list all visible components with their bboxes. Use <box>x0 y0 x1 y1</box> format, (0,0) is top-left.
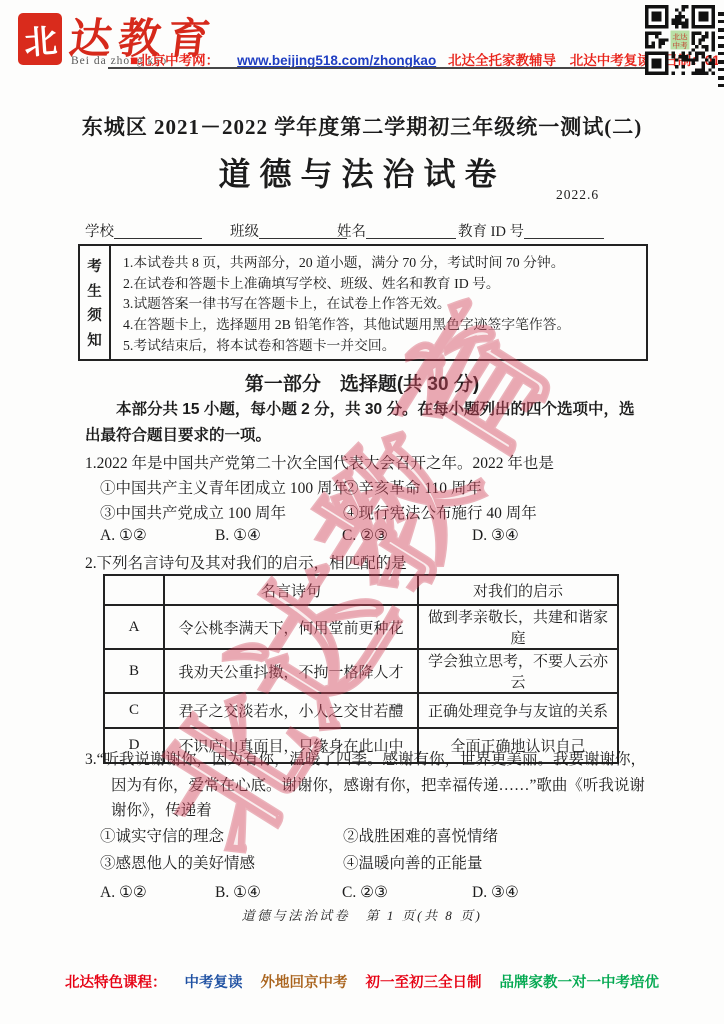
candidate-notice-box: 考 生 须 知 1.本试卷共 8 页，共两部分，20 道小题，满分 70 分，考… <box>78 244 648 361</box>
question-3: 3.“听我说谢谢你，因为有你，温暖了四季。感谢有你，世界更美丽。我要谢谢你，因为… <box>85 747 651 906</box>
paper-date: 2022.6 <box>556 187 599 203</box>
q1-answer-c: C. ②③ <box>342 526 388 545</box>
notice-item: 1.本试卷共 8 页，共两部分，20 道小题，满分 70 分，考试时间 70 分… <box>123 251 640 271</box>
table-row: C 君子之交淡若水，小人之交甘若醴 正确处理竞争与友谊的关系 <box>104 693 618 728</box>
table-cell: 我劝天公重抖擞，不拘一格降人才 <box>164 649 418 693</box>
field-class-label: 班级 <box>230 224 259 240</box>
table-cell: A <box>104 605 164 649</box>
notice-item: 3.试题答案一律书写在答题卡上，在试卷上作答无效。 <box>123 292 640 312</box>
field-edu-id-label: 教育 ID 号 <box>458 224 524 240</box>
notice-side-char: 须 <box>87 304 102 325</box>
field-class: 班级 <box>230 220 347 241</box>
header-site-label: ■北京中考网： <box>130 53 219 68</box>
question-3-answers: A. ①② B. ①④ C. ②③ D. ③④ <box>85 880 651 906</box>
table-header-cell: 对我们的启示 <box>418 575 618 605</box>
part1-heading: 第一部分 选择题(共 30 分) <box>0 369 724 396</box>
promo-item: 外地回京中考 <box>261 975 348 991</box>
field-school: 学校 <box>85 220 202 241</box>
qr-edge-artifact <box>718 12 724 90</box>
q3-answer-b: B. ①④ <box>215 880 261 906</box>
q3-answer-c: C. ②③ <box>342 880 388 906</box>
question-2-table: 名言诗句 对我们的启示 A 令公桃李满天下，何用堂前更种花 做到孝亲敬长，共建和… <box>103 574 619 764</box>
question-3-options-row-2: ③感恩他人的美好情感 ④温暖向善的正能量 <box>85 851 651 878</box>
promo-label: 北达特色课程： <box>65 975 167 991</box>
question-1-answers: A. ①② B. ①④ C. ②③ D. ③④ <box>85 526 660 550</box>
question-3-stem: 3.“听我说谢谢你，因为有你，温暖了四季。感谢有你，世界更美丽。我要谢谢你，因为… <box>85 747 651 824</box>
table-cell: 学会独立思考，不要人云亦云 <box>418 649 618 693</box>
q1-answer-b: B. ①④ <box>215 526 261 545</box>
q3-option-1: ①诚实守信的理念 <box>100 824 224 850</box>
q3-answer-a: A. ①② <box>100 880 147 906</box>
field-school-label: 学校 <box>85 224 114 240</box>
question-3-options-row-1: ①诚实守信的理念 ②战胜困难的喜悦情绪 <box>85 824 651 851</box>
brand-seal-logo: 北 <box>18 13 62 65</box>
table-cell: 做到孝亲敬长，共建和谐家庭 <box>418 605 618 649</box>
header-info-line: ■北京中考网：www.beijing518.com/zhongkao 北达全托家… <box>130 49 724 69</box>
q1-answer-a: A. ①② <box>100 526 147 545</box>
header-promo-1: 北达全托家教辅导 <box>448 53 556 68</box>
table-cell: C <box>104 693 164 728</box>
table-header-cell: 名言诗句 <box>164 575 418 605</box>
field-name: 姓名 <box>337 220 456 241</box>
table-header-row: 名言诗句 对我们的启示 <box>104 575 618 605</box>
notice-side-label: 考 生 须 知 <box>80 246 111 359</box>
svg-text:中考: 中考 <box>672 40 688 50</box>
promo-item: 中考复读 <box>185 975 243 991</box>
notice-item: 4.在答题卡上，选择题用 2B 铅笔作答，其他试题用黑色字迹签字笔作答。 <box>123 313 640 333</box>
q3-option-4: ④温暖向善的正能量 <box>343 851 483 877</box>
q3-option-3: ③感恩他人的美好情感 <box>100 851 255 877</box>
page-number-footer: 道德与法治试卷 第 1 页(共 8 页) <box>0 905 724 924</box>
q1-option-2: ②辛亥革命 110 周年 <box>343 476 482 498</box>
q1-answer-d: D. ③④ <box>472 526 519 545</box>
brand-seal-char: 北 <box>22 14 58 63</box>
notice-side-char: 生 <box>87 280 102 301</box>
qr-code: 北达中考 <box>645 5 715 75</box>
table-cell: 令公桃李满天下，何用堂前更种花 <box>164 605 418 649</box>
part1-instructions: 本部分共 15 小题，每小题 2 分，共 30 分。在每小题列出的四个选项中，选… <box>85 397 643 449</box>
fill-in-blank <box>259 223 347 239</box>
promo-footer: 北达特色课程：中考复读外地回京中考初一至初三全日制品牌家教一对一中考培优 <box>0 971 724 992</box>
notice-items: 1.本试卷共 8 页，共两部分，20 道小题，满分 70 分，考试时间 70 分… <box>111 246 646 359</box>
q1-option-4: ④现行宪法公布施行 40 周年 <box>343 501 537 523</box>
question-2-stem: 2.下列名言诗句及其对我们的启示，相匹配的是 <box>85 551 407 573</box>
q3-option-2: ②战胜困难的喜悦情绪 <box>343 824 498 850</box>
field-edu-id: 教育 ID 号 <box>458 220 604 241</box>
q1-option-1: ①中国共产主义青年团成立 100 周年 <box>100 476 348 498</box>
table-cell: 君子之交淡若水，小人之交甘若醴 <box>164 693 418 728</box>
question-1-options-row-2: ③中国共产党成立 100 周年 ④现行宪法公布施行 40 周年 <box>85 501 660 525</box>
table-cell: B <box>104 649 164 693</box>
notice-side-char: 知 <box>87 329 102 350</box>
q3-answer-d: D. ③④ <box>472 880 519 906</box>
notice-side-char: 考 <box>87 255 102 276</box>
notice-item: 2.在试卷和答题卡上准确填写学校、班级、姓名和教育 ID 号。 <box>123 272 640 292</box>
promo-item: 品牌家教一对一中考培优 <box>500 975 660 991</box>
fill-in-blank <box>114 223 202 239</box>
qr-code-svg: 北达中考 <box>645 5 715 75</box>
q1-option-3: ③中国共产党成立 100 周年 <box>100 501 286 523</box>
table-header-cell <box>104 575 164 605</box>
exam-paper-page: 北 达教育 Bei da zhong kao ■北京中考网：www.beijin… <box>0 0 724 1024</box>
question-1-stem: 1.2022 年是中国共产党第二十次全国代表大会召开之年。2022 年也是 <box>85 451 554 473</box>
notice-item: 5.考试结束后，将本试卷和答题卡一并交回。 <box>123 334 640 354</box>
question-1-options-row-1: ①中国共产主义青年团成立 100 周年 ②辛亥革命 110 周年 <box>85 476 660 500</box>
table-row: B 我劝天公重抖擞，不拘一格降人才 学会独立思考，不要人云亦云 <box>104 649 618 693</box>
fill-in-blank <box>366 223 456 239</box>
fill-in-blank <box>524 223 604 239</box>
table-cell: 正确处理竞争与友谊的关系 <box>418 693 618 728</box>
field-name-label: 姓名 <box>337 224 366 240</box>
table-row: A 令公桃李满天下，何用堂前更种花 做到孝亲敬长，共建和谐家庭 <box>104 605 618 649</box>
exam-session-title: 东城区 2021－2022 学年度第二学期初三年级统一测试(二) <box>0 111 724 141</box>
promo-item: 初一至初三全日制 <box>366 975 482 991</box>
header-divider <box>108 67 650 69</box>
header-site-link[interactable]: www.beijing518.com/zhongkao <box>237 53 436 68</box>
paper-title: 道德与法治试卷 <box>0 149 724 195</box>
